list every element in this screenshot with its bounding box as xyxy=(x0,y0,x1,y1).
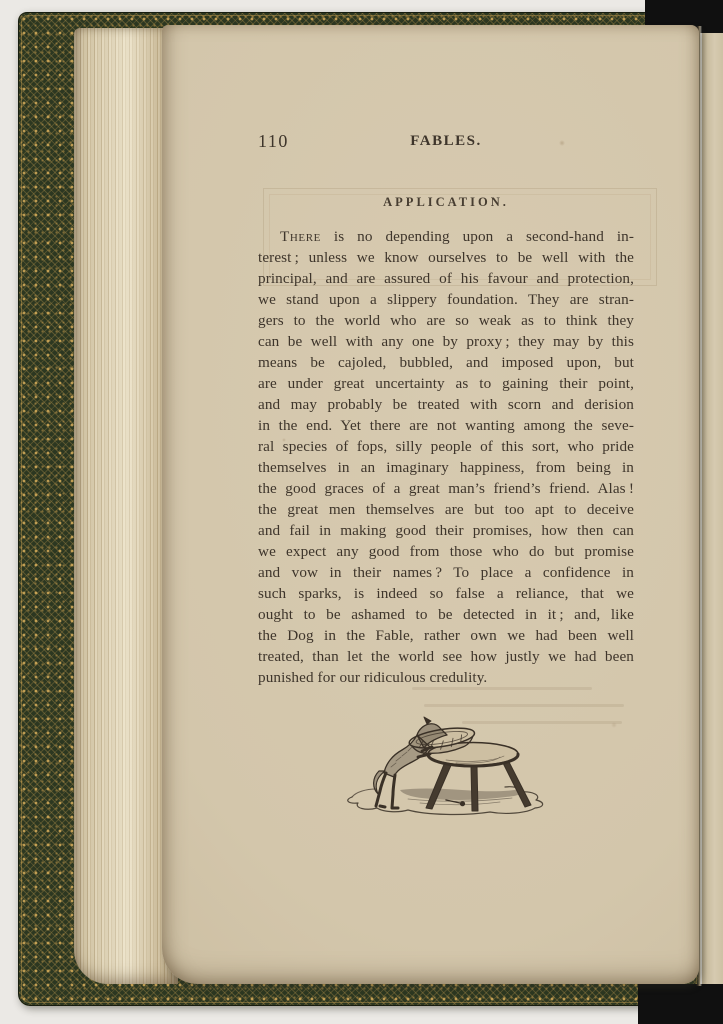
text-line: ought to be ashamed to be detected in it… xyxy=(258,604,634,625)
text-line: we stand upon a slippery foundation. The… xyxy=(258,289,634,310)
text-line: the Dog in the Fable, rather own we had … xyxy=(258,625,634,646)
text-line: such sparks, is indeed so false a relian… xyxy=(258,583,634,604)
book-page: 110 FABLES. APPLICATION. There is no dep… xyxy=(162,25,699,984)
running-title: FABLES. xyxy=(258,133,634,150)
text-line: terest ; unless we know ourselves to be … xyxy=(258,247,634,268)
table-leg xyxy=(502,761,531,807)
text-line: There is no depending upon a second-hand… xyxy=(258,226,634,247)
text-line: treated, than let the world see how just… xyxy=(258,646,634,667)
text-line: punished for our ridiculous credulity. xyxy=(258,667,634,688)
text-line: and may probably be treated with scorn a… xyxy=(258,394,634,415)
table-leg xyxy=(471,766,478,811)
dog-hind-leg xyxy=(392,775,398,808)
text-line: the good graces of a great man’s friend’… xyxy=(258,478,634,499)
text-line: are under great uncertainty as to gainin… xyxy=(258,373,634,394)
text-line: and vow in their names ? To place a conf… xyxy=(258,562,634,583)
text-line: can be well with any one by proxy ; they… xyxy=(258,331,634,352)
table-leg xyxy=(426,762,452,809)
facing-page-edge xyxy=(702,30,723,988)
text-line: ral species of fops, silly people of thi… xyxy=(258,436,634,457)
dog-at-table-engraving xyxy=(334,709,559,821)
backdrop-corner-bottom-right xyxy=(638,984,723,1024)
dog-ear xyxy=(424,717,431,724)
text-line: the great men themselves are but too apt… xyxy=(258,499,634,520)
text-line: we expect any good from those who do but… xyxy=(258,541,634,562)
text-line: themselves in an imaginary happiness, fr… xyxy=(258,457,634,478)
text-line: gers to the world who are so weak as to … xyxy=(258,310,634,331)
text-line: and fail in making good their promises, … xyxy=(258,520,634,541)
show-through-line xyxy=(424,704,624,707)
text-line: in the end. Yet there are not wanting am… xyxy=(258,415,634,436)
text-line: principal, and are assured of his favour… xyxy=(258,268,634,289)
section-heading: APPLICATION. xyxy=(258,195,634,210)
scanned-book-photo: { "book": { "page_number": "110", "runni… xyxy=(0,0,723,1024)
text-line: means be cajoled, bubbled, and imposed u… xyxy=(258,352,634,373)
page-header: 110 FABLES. xyxy=(258,131,634,153)
table-shadow xyxy=(400,789,523,801)
paragraph: There is no depending upon a second-hand… xyxy=(258,226,634,688)
